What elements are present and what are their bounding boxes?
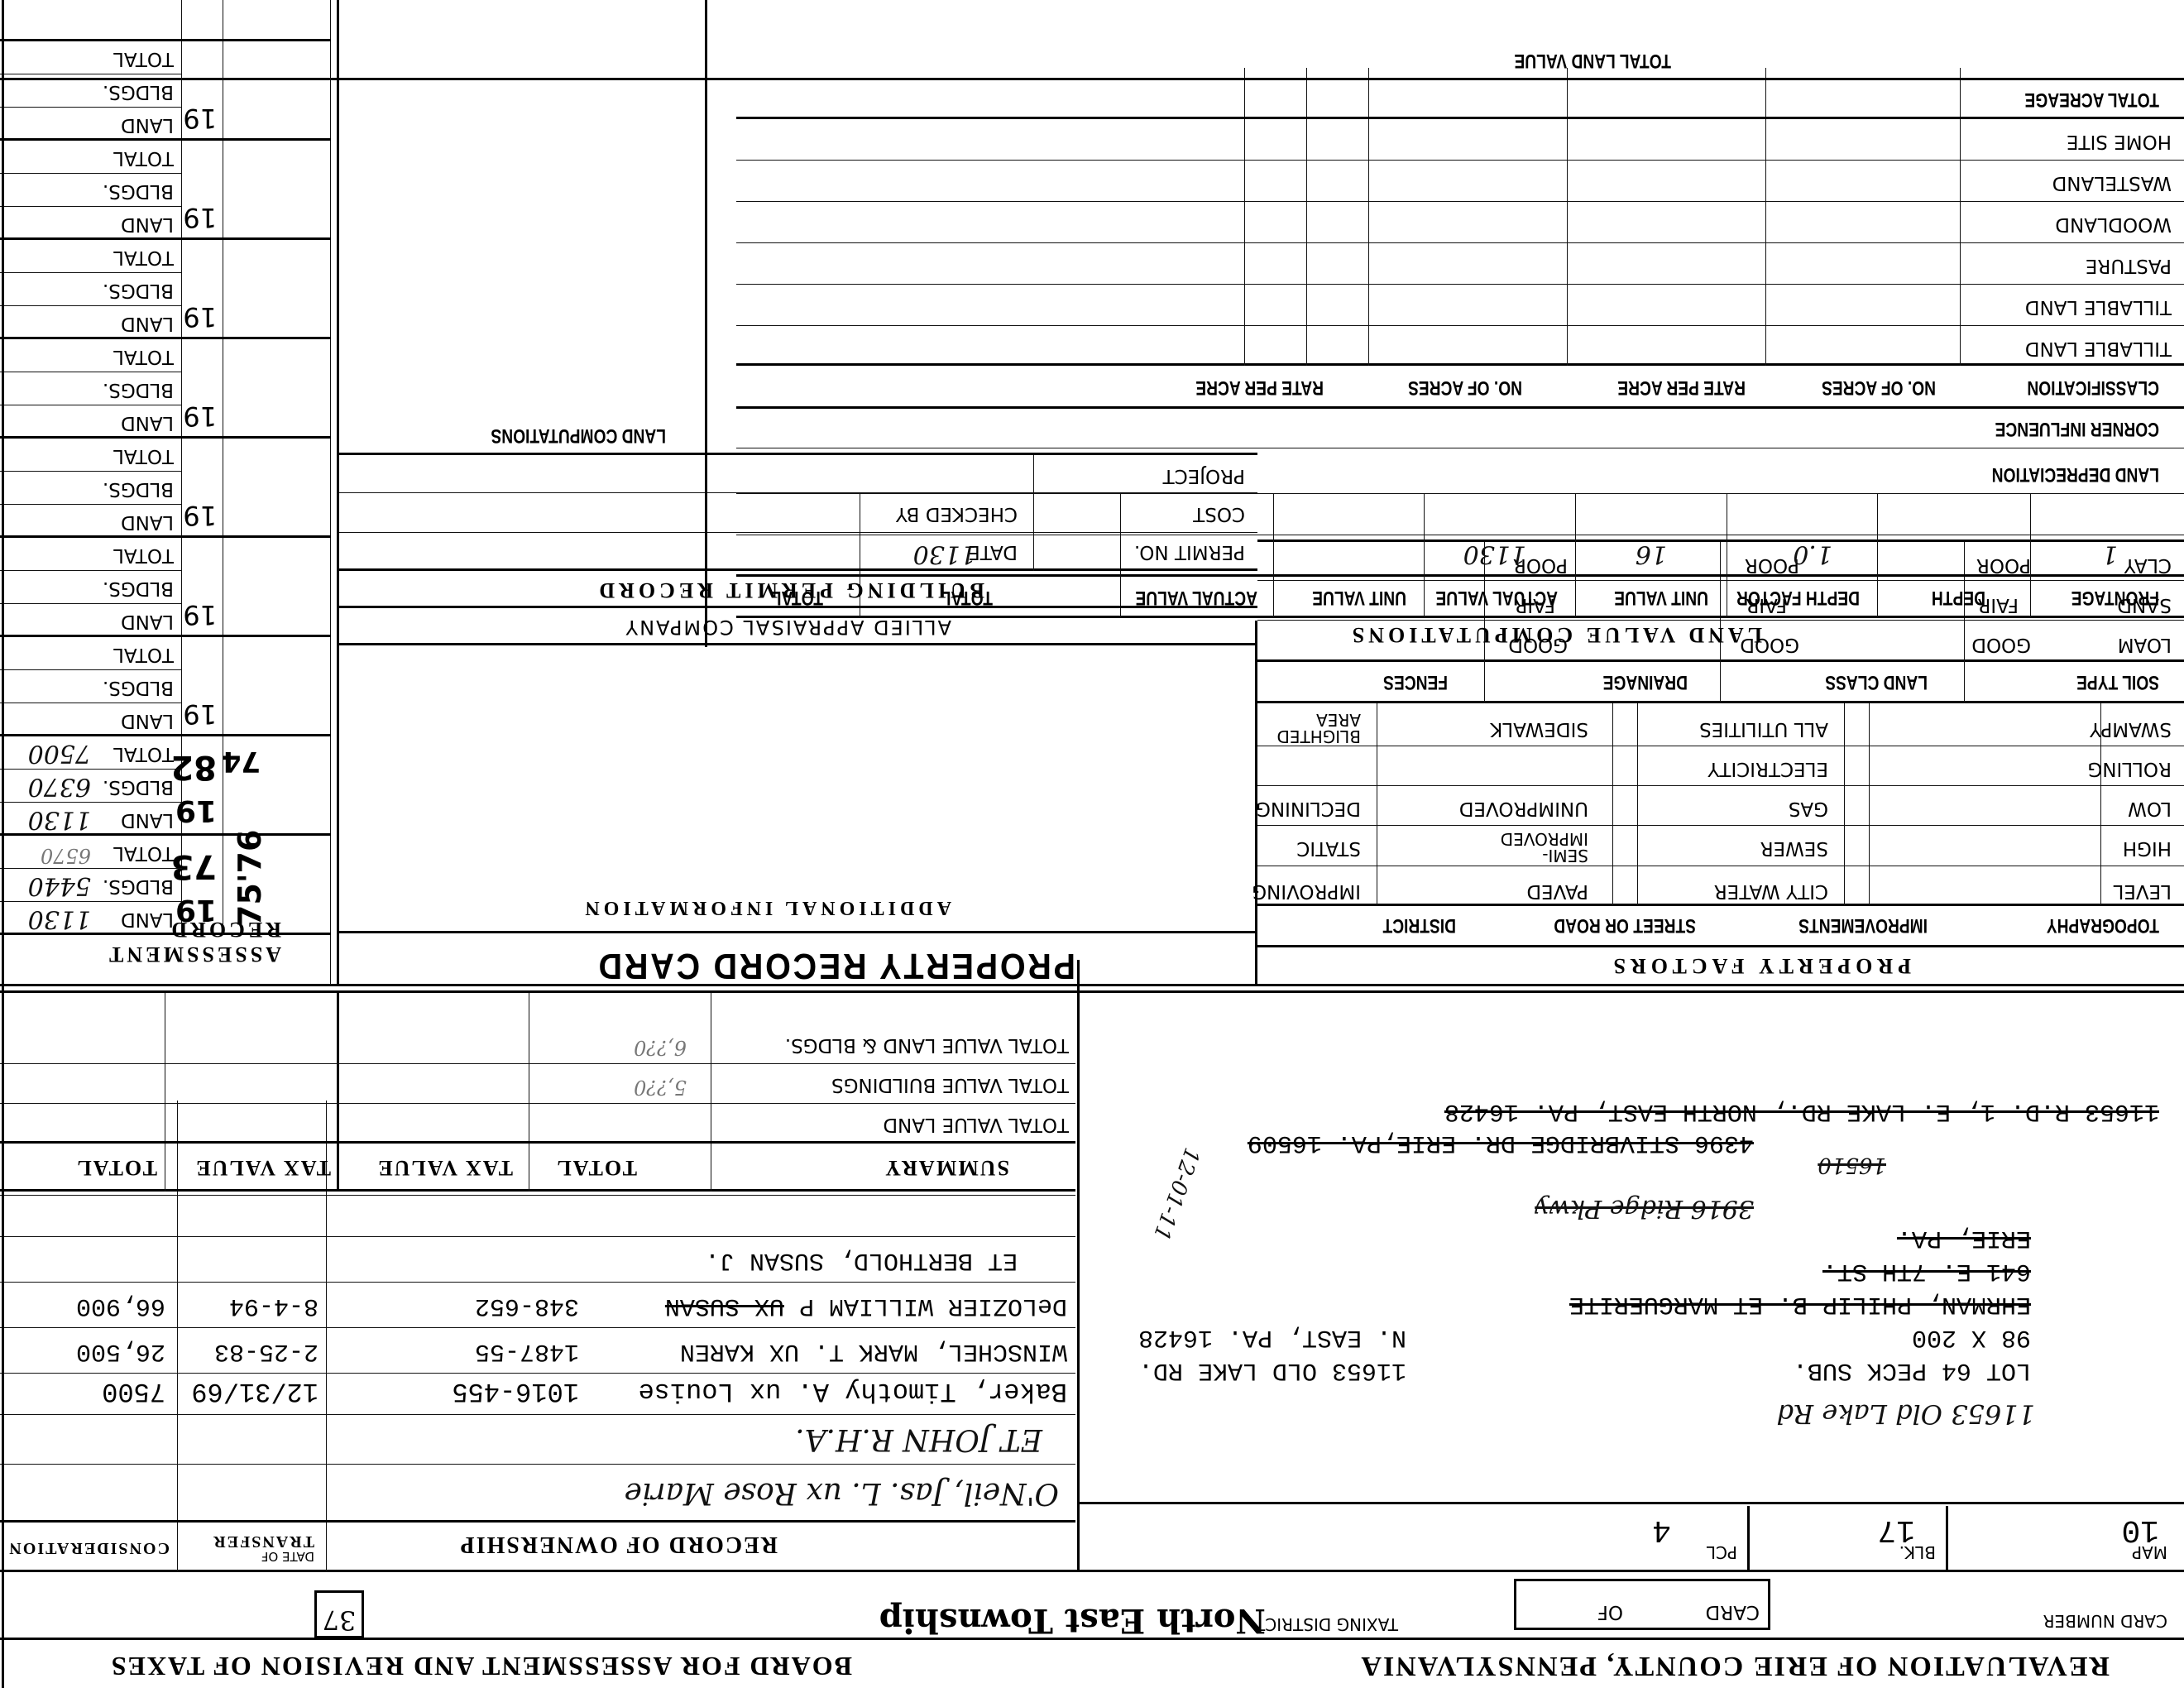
year-prefix-1: 19 — [175, 893, 217, 927]
pcl-value: 4 — [1652, 1512, 1671, 1547]
lv-col-actual-value: ACTUAL VALUE — [1435, 586, 1558, 609]
summary-section: SUMMARY TOTAL TAX VALUE TOTAL TAX VALUE … — [0, 993, 1075, 1192]
year-suffix-2: 82 — [170, 748, 217, 786]
street-line: 11653 OLD LAKE RD. — [1138, 1356, 1406, 1384]
pf-high[interactable]: HIGH — [2123, 837, 2172, 859]
lv-col-unit-value: UNIT VALUE — [1614, 586, 1708, 609]
side-note-74: 74 — [222, 745, 261, 778]
pf-city-water[interactable]: CITY WATER — [1714, 880, 1828, 902]
pf-col-district: DISTRICT — [1382, 914, 1456, 937]
year-digits-1: 19 — [175, 893, 217, 927]
acreage-table: TILLABLE LAND TILLABLE LAND PASTURE WOOD… — [736, 0, 2184, 366]
assess-total-label-4: TOTAL — [113, 544, 174, 566]
pf-sidewalk[interactable]: SIDEWALK — [1490, 718, 1588, 740]
header-title-left: REVALUATION OF ERIE COUNTY, PENNSYLVANIA — [1359, 1650, 2110, 1681]
summary-row-land-bldgs: TOTAL VALUE LAND & BLDGS. — [785, 1034, 1069, 1056]
pf-col-land-class: LAND CLASS — [1825, 670, 1928, 693]
year-prefix-3: 19 — [183, 698, 217, 730]
card-of-box[interactable]: CARD OF — [1514, 1579, 1770, 1630]
header-title-right: BOARD FOR ASSESSMENT AND REVISION OF TAX… — [110, 1651, 852, 1681]
assess-bldgs-label-8: BLDGS. — [103, 180, 174, 202]
year-suffix-1: 73 — [170, 847, 217, 885]
year-prefix-4: 19 — [183, 599, 217, 631]
acreage-row-tillable-1: TILLABLE LAND — [2025, 338, 2172, 359]
assess-bldgs-label-9: BLDGS. — [103, 81, 174, 103]
lot-line: LOT 64 PECK SUB. — [1793, 1356, 2031, 1384]
owner-row-5-consideration: 66,900 — [76, 1292, 165, 1320]
card-label: CARD — [1706, 1601, 1760, 1623]
summary-buildings-total: 5,??0 — [634, 1076, 687, 1099]
date-of-label: DATE OF — [261, 1549, 314, 1564]
pf-gas[interactable]: GAS — [1789, 798, 1828, 819]
assess-land-label-2: LAND — [121, 809, 174, 831]
summary-col-total-2: TOTAL — [75, 1155, 157, 1180]
lv-col-depth: DEPTH — [1932, 586, 1985, 609]
assess-land-label-4: LAND — [121, 611, 174, 632]
building-permit-title: BUILDING PERMIT RECORD — [595, 578, 984, 602]
handwritten-address: 11653 Old Lake Rd — [1777, 1398, 2036, 1430]
assess-total-label-1: TOTAL — [113, 842, 174, 864]
pf-declining[interactable]: DECLINING — [1256, 798, 1361, 819]
pf-blighted[interactable]: BLIGHTED AREA — [1270, 712, 1361, 745]
property-factors-title: PROPERTY FACTORS — [1609, 953, 1911, 978]
assess-bldgs-label-4: BLDGS. — [103, 578, 174, 599]
pf-semi-improved[interactable]: SEMI-IMPROVED — [1514, 831, 1588, 864]
land-computations-label: LAND COMPUTATIONS — [491, 424, 666, 447]
struck-city-line: ERIE, PA. — [1897, 1224, 2031, 1252]
pf-col-fences: FENCES — [1383, 670, 1448, 693]
acreage-col-classification: CLASSIFICATION — [2027, 376, 2159, 399]
taxing-district-label: TAXING DISTRICT — [1299, 1615, 1398, 1633]
permit-no-label: PERMIT NO. — [1134, 541, 1245, 563]
year-prefix-6: 19 — [183, 400, 217, 432]
lv-col-unit-value-2: UNIT VALUE — [1312, 586, 1406, 609]
col-consideration-label: CONSIDERATION — [7, 1538, 170, 1557]
owner-row-3-consideration: 7500 — [102, 1376, 165, 1407]
struck-handwritten-zip: 16510 — [1818, 1153, 1886, 1177]
pf-col-topography: TOPOGRAPHY — [2047, 914, 2159, 937]
assess-bldgs-label-7: BLDGS. — [103, 280, 174, 301]
pf-col-street: STREET OR ROAD — [1554, 914, 1696, 937]
corner-influence-label: CORNER INFLUENCE — [1995, 417, 2159, 440]
assess-land-label-7: LAND — [121, 313, 174, 334]
assess-bldgs-label-5: BLDGS. — [103, 478, 174, 500]
summary-land-bldgs-total: 6,??0 — [634, 1036, 687, 1059]
checked-by-label: CHECKED BY — [896, 503, 1018, 525]
year-prefix-2: 19 — [175, 794, 217, 827]
owner-row-3-deed: 1016-455 — [452, 1376, 579, 1407]
owner-row-4-deed: 1487-55 — [475, 1337, 579, 1365]
property-description: 11653 Old Lake Rd LOT 64 PECK SUB. 98 X … — [1080, 1124, 2184, 1504]
project-label: PROJECT — [1163, 465, 1245, 487]
dimensions-line: 98 X 200 — [1912, 1323, 2031, 1351]
center-section: PROPERTY RECORD CARD ADDITIONAL INFORMAT… — [339, 554, 1257, 985]
owner-row-3-date: 12/31/69 — [191, 1376, 318, 1407]
year-prefix-5: 19 — [183, 500, 217, 531]
map-blk-pcl-row: MAP 10 BLK. 17 PCL 4 — [1080, 1506, 2184, 1572]
struck-stivbridge-line: 4396 STIVBRIDGE DR. ERIE,PA. 16509 — [1248, 1129, 1754, 1157]
additional-info-title: ADDITIONAL INFORMATION — [581, 896, 951, 918]
pf-level[interactable]: LEVEL — [2114, 880, 2172, 902]
pcl-label: PCL — [1707, 1542, 1737, 1562]
assessment-blank-blocks: 19 LAND BLDGS. TOTAL 19 LAND BLDGS. TOTA… — [0, 0, 331, 736]
lv-frontage-value: 1 — [2102, 539, 2118, 568]
summary-title: SUMMARY — [884, 1155, 1009, 1180]
side-note-75-76: 75'76 — [232, 830, 268, 927]
lv-col-depth-factor: DEPTH FACTOR — [1736, 586, 1860, 609]
owner-row-2: ET JOHN R.H.A. — [795, 1422, 1042, 1456]
assess-bldgs-label-6: BLDGS. — [103, 379, 174, 400]
assess-land-label-6: LAND — [121, 412, 174, 434]
assessment-record: ASSESSMENT RECORD 19 73 LAND 1130 BLDGS.… — [0, 0, 331, 985]
pf-col-improvements: IMPROVEMENTS — [1798, 914, 1928, 937]
card-box-number: 37 — [314, 1590, 364, 1638]
total-acreage-label: TOTAL ACREAGE — [2025, 88, 2160, 111]
assess-bldgs-1: 5440 — [28, 871, 91, 900]
pf-unimproved[interactable]: UNIMPROVED — [1459, 798, 1588, 819]
total-land-value-label: TOTAL LAND VALUE — [1514, 49, 1671, 72]
struck-address-line: 641 E. 7TH ST. — [1822, 1257, 2031, 1285]
summary-row-land: TOTAL VALUE LAND — [883, 1114, 1069, 1135]
ownership-title: RECORD OF OWNERSHIP — [459, 1531, 778, 1557]
lv-depth-factor-value: 1.0 — [1793, 539, 1832, 568]
assess-land-label-9: LAND — [121, 114, 174, 136]
allied-appraisal: ALLIED APPRAISAL COMPANY — [625, 616, 952, 639]
assess-bldgs-2: 6370 — [28, 772, 91, 801]
struck-rd-line: 11653 R.D. 1, E. LAKE RD., NORTH EAST, P… — [1444, 1097, 2159, 1125]
blk-value: 17 — [1877, 1512, 1915, 1547]
taxing-district: North East Township — [879, 1601, 1266, 1640]
summary-col-tax-2: TAX VALUE — [194, 1155, 331, 1180]
acreage-col-no-acres: NO. OF ACRES — [1822, 376, 1936, 399]
assess-total-label-7: TOTAL — [113, 247, 174, 268]
acreage-row-home-site: HOME SITE — [2067, 131, 2172, 152]
year-prefix-8: 19 — [183, 202, 217, 233]
acreage-col-no-acres-2: NO. OF ACRES — [1408, 376, 1522, 399]
pf-paved[interactable]: PAVED — [1526, 880, 1588, 902]
assess-total-label-5: TOTAL — [113, 445, 174, 467]
pf-improving[interactable]: IMPROVING — [1252, 880, 1361, 902]
assess-total-label-9: TOTAL — [113, 48, 174, 70]
acreage-row-wasteland: WASTELAND — [2052, 172, 2172, 194]
assess-total-label-6: TOTAL — [113, 346, 174, 367]
owner-row-3-name: Baker, Timothy A. ux Louise — [639, 1376, 1067, 1407]
pf-rolling[interactable]: ROLLING — [2087, 758, 2172, 779]
summary-col-total: TOTAL — [555, 1155, 637, 1180]
pf-static[interactable]: STATIC — [1296, 837, 1361, 859]
map-value: 10 — [2121, 1512, 2159, 1547]
assess-land-1: 1130 — [28, 904, 91, 933]
assess-land-label-3: LAND — [121, 710, 174, 731]
card-number-label: CARD NUMBER — [2043, 1612, 2167, 1630]
cost-label: COST — [1193, 503, 1245, 525]
summary-col-tax: TAX VALUE — [376, 1155, 513, 1180]
acreage-col-rate: RATE PER ACRE — [1617, 376, 1746, 399]
year-prefix-7: 19 — [183, 301, 217, 333]
owner-row-5-deed: 348-652 — [475, 1292, 579, 1320]
acreage-row-pasture: PASTURE — [2086, 255, 2172, 276]
property-record-card: REVALUATION OF ERIE COUNTY, PENNSYLVANIA… — [0, 0, 2184, 1688]
assess-total-1: 6570 — [41, 844, 91, 867]
assess-land-label-8: LAND — [121, 213, 174, 235]
owner-row-5-name: DeLOZIER WILLIAM P UX SUSAN — [665, 1292, 1067, 1320]
owner-row-4-date: 2-25-83 — [214, 1337, 318, 1365]
assess-total-2: 7500 — [28, 739, 91, 768]
property-record-card-title: PROPERTY RECORD CARD — [596, 945, 1075, 986]
acreage-row-woodland: WOODLAND — [2055, 213, 2172, 235]
owner-row-6-name: ET BERTHOLD, SUSAN J. — [705, 1246, 1018, 1274]
assess-total-label-8: TOTAL — [113, 147, 174, 169]
permit-date-label: DATE — [968, 541, 1018, 563]
of-label: OF — [1597, 1601, 1623, 1623]
assess-bldgs-label-3: BLDGS. — [103, 677, 174, 698]
assess-bldgs-label-1: BLDGS. — [103, 875, 174, 897]
acreage-row-tillable-2: TILLABLE LAND — [2025, 296, 2172, 318]
assess-total-label-3: TOTAL — [113, 644, 174, 665]
land-value-title: LAND VALUE COMPUTATIONS — [1348, 622, 1762, 647]
assess-land-2: 1130 — [28, 805, 91, 834]
assess-land-label-1: LAND — [121, 909, 174, 930]
year-prefix-9: 19 — [183, 103, 217, 134]
pf-swampy[interactable]: SWAMPY — [2090, 718, 2172, 740]
pf-electricity[interactable]: ELECTRICITY — [1707, 758, 1828, 779]
owner-row-5-date: 8-4-94 — [229, 1292, 318, 1320]
owner-row-1: O'Neil, Jas. L. ux Rose Marie — [625, 1476, 1059, 1510]
assess-bldgs-label-2: BLDGS. — [103, 776, 174, 798]
assessment-block-1: 19 73 LAND 1130 BLDGS. 5440 TOTAL 6570 — [0, 836, 331, 935]
assess-total-label-2: TOTAL — [113, 743, 174, 765]
col-date-label: TRANSFER — [212, 1532, 314, 1551]
owner-row-5-name-text: DeLOZIER WILLIAM P — [799, 1292, 1067, 1320]
pf-all-utilities[interactable]: ALL UTILITIES — [1699, 718, 1828, 740]
owner-row-4-consideration: 26,500 — [76, 1337, 165, 1365]
handwritten-date: 12-01-11 — [1148, 1144, 1205, 1244]
pf-sewer[interactable]: SEWER — [1760, 837, 1828, 859]
assess-land-label-5: LAND — [121, 511, 174, 533]
building-permit-table: PERMIT NO. DATE COST CHECKED BY PROJECT … — [339, 381, 1257, 571]
lv-unit-value: 16 — [1636, 539, 1667, 568]
pf-col-soil: SOIL TYPE — [2076, 670, 2159, 693]
owner-row-5-struck: UX SUSAN — [665, 1292, 784, 1320]
summary-row-buildings: TOTAL VALUE BUILDINGS — [831, 1074, 1069, 1096]
city-line: N. EAST, PA. 16428 — [1138, 1323, 1406, 1351]
struck-owner-line: EHRMAN, PHILIP B. ET MARGUERITE — [1569, 1290, 2031, 1318]
pf-low[interactable]: LOW — [2128, 798, 2172, 819]
assessment-block-2: 19 82 LAND 1130 BLDGS. 6370 TOTAL 7500 — [0, 736, 331, 836]
struck-handwritten-address: 3916 Ridge Pkwy — [1535, 1194, 1754, 1223]
land-depreciation-label: LAND DEPRECIATION — [1992, 463, 2159, 486]
pf-col-drainage: DRAINAGE — [1603, 670, 1688, 693]
lv-actual-value: 1130 — [1463, 539, 1526, 568]
lv-col-frontage: FRONTAGE — [2071, 586, 2159, 609]
owner-row-4-name: WINSCHEL, MARK T. UX KAREN — [680, 1337, 1067, 1365]
